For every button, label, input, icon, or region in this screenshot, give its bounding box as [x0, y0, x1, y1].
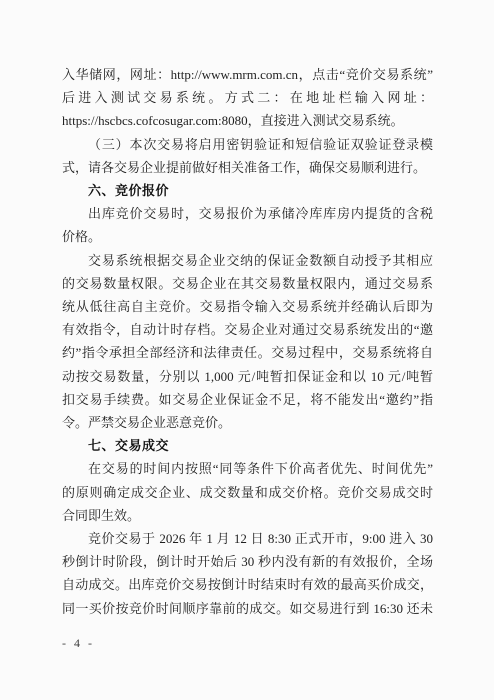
body-text-line: 在交易的时间内按照“同等条件下价高者优先、时间优先” — [62, 457, 433, 480]
body-text-line: 动按交易数量，分别以 1,000 元/吨暂扣保证金和以 10 元/吨暂 — [62, 365, 433, 388]
body-text-line: 自动成交。出库竞价交易按倒计时结束时有效的最高买价成交， — [62, 573, 433, 596]
document-body: 入华储网，网址：http://www.mrm.com.cn，点击“竞价交易系统”… — [62, 63, 433, 620]
body-text-line: 竞价交易于 2026 年 1 月 12 日 8:30 正式开市，9:00 进入 … — [62, 527, 433, 550]
body-text-line: 令。严禁交易企业恶意竞价。 — [62, 411, 433, 434]
body-text-line: https://hscbcs.cofcosugar.com:8080，直接进入测… — [62, 109, 433, 132]
body-text-line: （三）本次交易将启用密钥验证和短信验证双验证登录模 — [62, 133, 433, 156]
heading-line: 七、交易成交 — [62, 434, 433, 457]
body-text-line: 交易系统根据交易企业交纳的保证金数额自动授予其相应 — [62, 249, 433, 272]
body-text-line: 统从低往高自主竞价。交易指令输入交易系统并经确认后即为 — [62, 295, 433, 318]
page-number: - 4 - — [62, 634, 95, 652]
body-text-line: 后进入测试交易系统。方式二：在地址栏输入网址： — [62, 86, 433, 109]
body-text-line: 约”指令承担全部经济和法律责任。交易过程中，交易系统将自 — [62, 341, 433, 364]
body-text-line: 式，请各交易企业提前做好相关准备工作，确保交易顺利进行。 — [62, 156, 433, 179]
document-page: 入华储网，网址：http://www.mrm.com.cn，点击“竞价交易系统”… — [0, 0, 494, 700]
body-text-line: 入华储网，网址：http://www.mrm.com.cn，点击“竞价交易系统” — [62, 63, 433, 86]
body-text-line: 的交易数量权限。交易企业在其交易数量权限内，通过交易系 — [62, 272, 433, 295]
body-text-line: 扣交易手续费。如交易企业保证金不足，将不能发出“邀约”指 — [62, 388, 433, 411]
body-text-line: 秒倒计时阶段，倒计时开始后 30 秒内没有新的有效报价，全场 — [62, 550, 433, 573]
body-text-line: 的原则确定成交企业、成交数量和成交价格。竞价交易成交时 — [62, 481, 433, 504]
body-text-line: 价格。 — [62, 225, 433, 248]
heading-line: 六、竞价报价 — [62, 179, 433, 202]
body-text-line: 出库竞价交易时，交易报价为承储冷库库房内提货的含税 — [62, 202, 433, 225]
body-text-line: 同一买价按竞价时间顺序靠前的成交。如交易进行到 16:30 还未 — [62, 597, 433, 620]
body-text-line: 合同即生效。 — [62, 504, 433, 527]
body-text-line: 有效指令，自动计时存档。交易企业对通过交易系统发出的“邀 — [62, 318, 433, 341]
